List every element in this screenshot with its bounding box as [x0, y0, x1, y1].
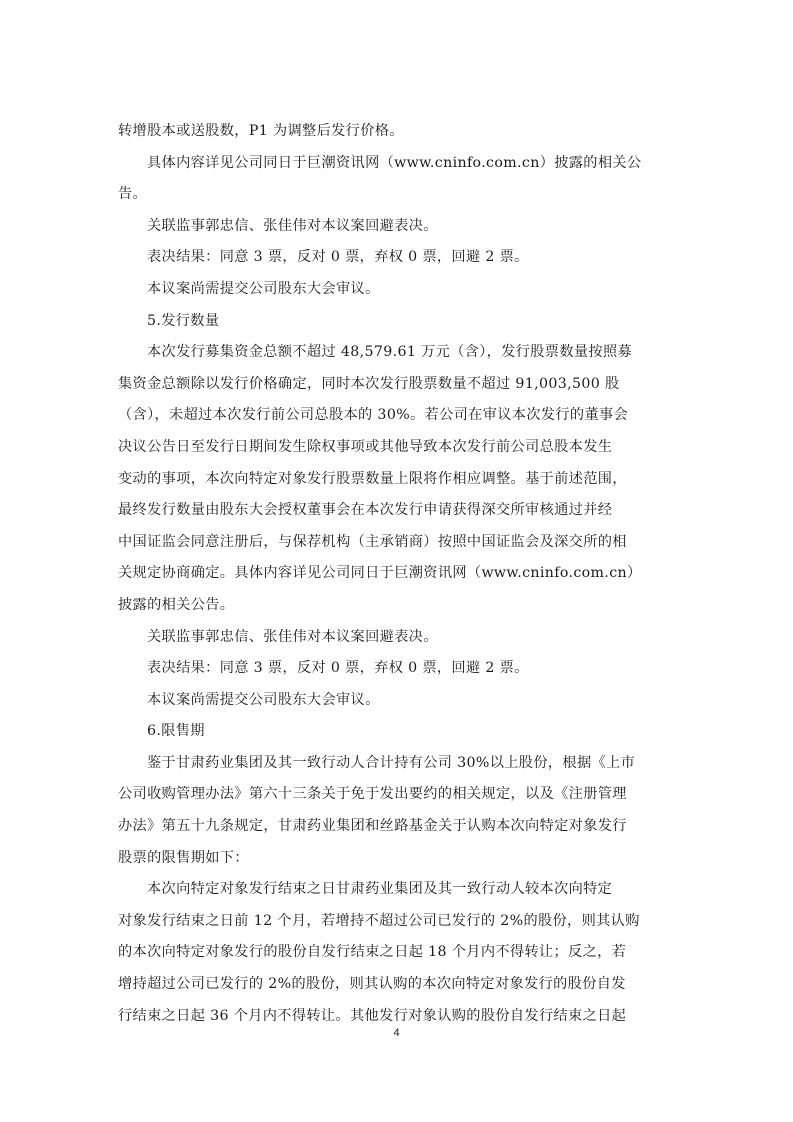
text-line: 股票的限售期如下：	[118, 843, 675, 875]
text-line: 关联监事郭忠信、张佳伟对本议案回避表决。	[118, 211, 675, 243]
text-line: 办法》第五十九条规定，甘肃药业集团和丝路基金关于认购本次向特定对象发行	[118, 811, 675, 843]
document-body: 转增股本或送股数，P1 为调整后发行价格。 具体内容详见公司同日于巨潮资讯网（w…	[118, 116, 675, 1032]
text-line: 关规定协商确定。具体内容详见公司同日于巨潮资讯网（www.cninfo.com.…	[118, 558, 675, 590]
text-line: 集资金总额除以发行价格确定，同时本次发行股票数量不超过 91,003,500 股	[118, 369, 675, 401]
text-line: 本议案尚需提交公司股东大会审议。	[118, 274, 675, 306]
section-heading: 6.限售期	[118, 716, 675, 748]
text-line: 披露的相关公告。	[118, 590, 675, 622]
text-line: 告。	[118, 179, 675, 211]
page-number: 4	[0, 1027, 793, 1039]
text-line: 本议案尚需提交公司股东大会审议。	[118, 685, 675, 717]
text-line: 变动的事项，本次向特定对象发行股票数量上限将作相应调整。基于前述范围，	[118, 464, 675, 496]
text-line: 本次向特定对象发行结束之日甘肃药业集团及其一致行动人较本次向特定	[118, 874, 675, 906]
text-line: 决议公告日至发行日期间发生除权事项或其他导致本次发行前公司总股本发生	[118, 432, 675, 464]
text-line: 鉴于甘肃药业集团及其一致行动人合计持有公司 30%以上股份，根据《上市	[118, 748, 675, 780]
text-line: 本次发行募集资金总额不超过 48,579.61 万元（含），发行股票数量按照募	[118, 337, 675, 369]
text-line: 转增股本或送股数，P1 为调整后发行价格。	[118, 116, 675, 148]
text-line: 表决结果：同意 3 票，反对 0 票，弃权 0 票，回避 2 票。	[118, 653, 675, 685]
section-heading: 5.发行数量	[118, 306, 675, 338]
text-line: 公司收购管理办法》第六十三条关于免于发出要约的相关规定，以及《注册管理	[118, 779, 675, 811]
text-line: 最终发行数量由股东大会授权董事会在本次发行申请获得深交所审核通过并经	[118, 495, 675, 527]
text-line: 关联监事郭忠信、张佳伟对本议案回避表决。	[118, 622, 675, 654]
text-line: 表决结果：同意 3 票，反对 0 票，弃权 0 票，回避 2 票。	[118, 242, 675, 274]
text-line: 的本次向特定对象发行的股份自发行结束之日起 18 个月内不得转让；反之，若	[118, 937, 675, 969]
text-line: 中国证监会同意注册后，与保荐机构（主承销商）按照中国证监会及深交所的相	[118, 527, 675, 559]
text-line: （含），未超过本次发行前公司总股本的 30%。若公司在审议本次发行的董事会	[118, 400, 675, 432]
text-line: 增持超过公司已发行的 2%的股份，则其认购的本次向特定对象发行的股份自发	[118, 969, 675, 1001]
text-line: 对象发行结束之日前 12 个月，若增持不超过公司已发行的 2%的股份，则其认购	[118, 906, 675, 938]
text-line: 具体内容详见公司同日于巨潮资讯网（www.cninfo.com.cn）披露的相关…	[118, 148, 675, 180]
